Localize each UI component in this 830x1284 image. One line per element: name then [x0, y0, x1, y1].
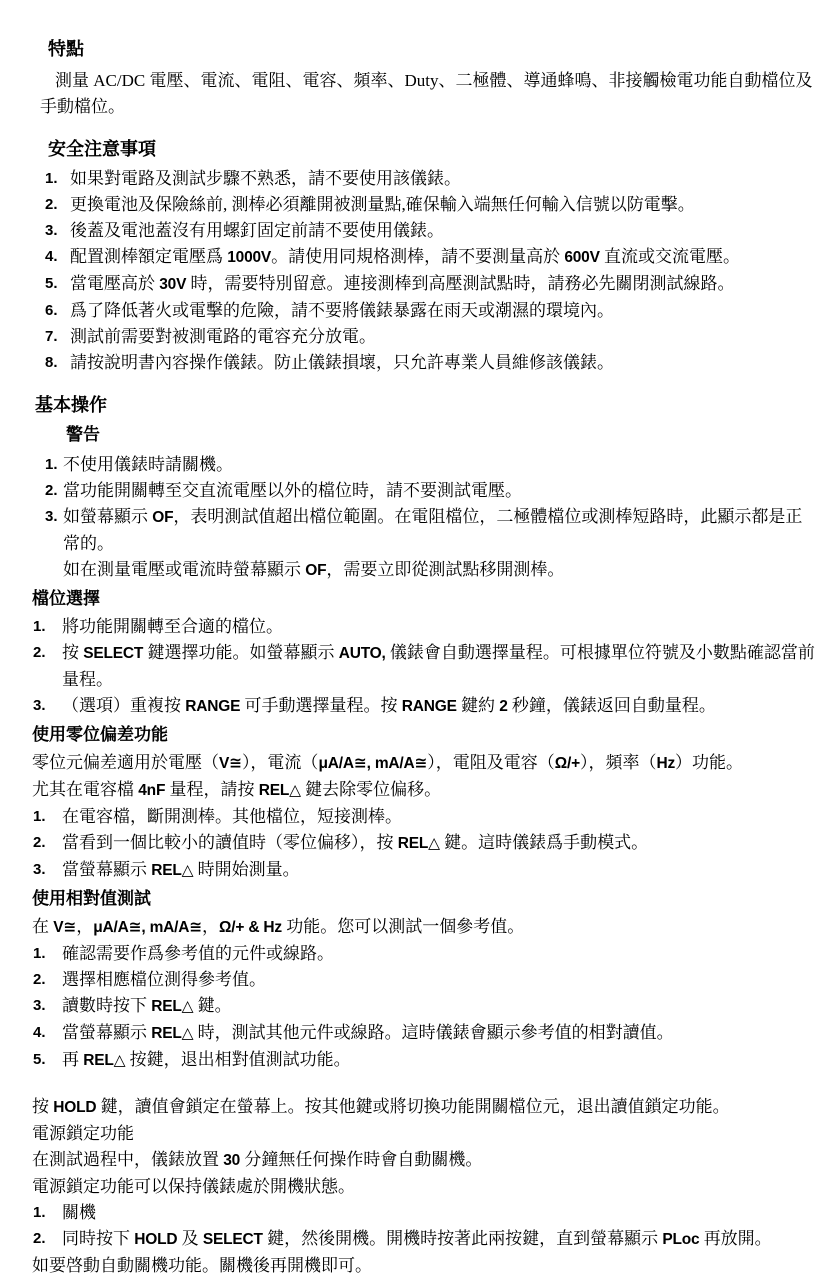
text-run: 在測試過程中，儀錶放置 [32, 1150, 223, 1169]
text-run: 電源鎖定功能 [32, 1124, 134, 1143]
text-run: 鍵選擇功能。如螢幕顯示 [143, 643, 339, 662]
text-run: 在 [32, 917, 53, 936]
text-run: 時，需要特別留意。連接測棒到高壓測試點時，請務必先關閉測試線路。 [186, 274, 734, 293]
list-item: 2.選擇相應檔位測得參考值。 [0, 967, 830, 993]
text-run: 當螢幕顯示 [62, 860, 151, 879]
text-run: ， [202, 917, 219, 936]
text-run: 分鐘無任何操作時會自動關機。 [240, 1150, 482, 1169]
numbered-list-relative: 1.確認需要作爲參考值的元件或線路。2.選擇相應檔位測得參考值。3.讀數時按下 … [0, 941, 830, 1074]
list-item-text: 配置測棒額定電壓爲 1000V。請使用同規格測棒，請不要測量高於 600V 直流… [70, 244, 830, 271]
paragraph: 測量 AC/DC 電壓、電流、電阻、電容、頻率、Duty、二極體、導通蜂鳴、非接… [40, 68, 814, 120]
document-page: 特點測量 AC/DC 電壓、電流、電阻、電容、頻率、Duty、二極體、導通蜂鳴、… [0, 0, 830, 1284]
keyword-text: REL△ [151, 998, 193, 1015]
text-run: 使用相對值測試 [32, 889, 151, 908]
blank-line [0, 1074, 830, 1094]
list-number: 1. [45, 166, 70, 192]
text-run: 鍵，讀值會鎖定在螢幕上。按其他鍵或將切換功能開關檔位元，退出讀值鎖定功能。 [96, 1097, 729, 1116]
keyword-text: Ω/+ [555, 755, 580, 772]
list-item-text: 再 REL△ 按鍵，退出相對值測試功能。 [62, 1047, 830, 1074]
keyword-text: Ω/+ & Hz [219, 919, 282, 936]
keyword-text: SELECT [203, 1231, 263, 1248]
text-run: 如果對電路及測試步驟不熟悉，請不要使用該儀錶。 [70, 169, 461, 188]
text-run: ），頻率（ [580, 753, 657, 772]
text-run: （選項）重複按 [62, 696, 185, 715]
list-number: 3. [45, 504, 63, 530]
section-heading: 安全注意事項 [48, 136, 830, 162]
list-item: 2.當看到一個比較小的讀值時（零位偏移），按 REL△ 鍵。這時儀錶爲手動模式。 [0, 830, 830, 857]
list-item: 1.關機 [0, 1200, 830, 1226]
list-item: 2.按 SELECT 鍵選擇功能。如螢幕顯示 AUTO, 儀錶會自動選擇量程。可… [0, 640, 830, 693]
keyword-text: V≅ [219, 755, 242, 772]
list-item: 1.不使用儀錶時請關機。 [0, 452, 830, 478]
list-item-text: 同時按下 HOLD 及 SELECT 鍵，然後開機。開機時按著此兩按鍵，直到螢幕… [62, 1226, 830, 1253]
list-number: 1. [33, 804, 62, 830]
section-heading: 檔位選擇 [32, 586, 830, 612]
keyword-text: RANGE [402, 698, 457, 715]
text-run: 測試前需要對被測電路的電容充分放電。 [70, 327, 376, 346]
text-run: 直流或交流電壓。 [600, 247, 740, 266]
text-run: 鍵，然後開機。開機時按著此兩按鍵，直到螢幕顯示 [263, 1229, 663, 1248]
text-run: ， [76, 917, 93, 936]
keyword-text: SELECT [83, 645, 143, 662]
list-item-text: 請按說明書內容操作儀錶。防止儀錶損壞，只允許專業人員維修該儀錶。 [70, 350, 830, 376]
list-item: 4.配置測棒額定電壓爲 1000V。請使用同規格測棒，請不要測量高於 600V … [0, 244, 830, 271]
section-heading: 特點 [48, 36, 830, 62]
list-item: 2.同時按下 HOLD 及 SELECT 鍵，然後開機。開機時按著此兩按鍵，直到… [0, 1226, 830, 1253]
text-run: 再放開。 [699, 1229, 771, 1248]
text-run: ，需要立即從測試點移開測棒。 [326, 560, 564, 579]
keyword-text: μA/A≅, mA/A≅ [93, 919, 202, 936]
list-number: 2. [45, 478, 63, 504]
text-run: 可手動選擇量程。按 [240, 696, 402, 715]
list-item: 1.確認需要作爲參考值的元件或線路。 [0, 941, 830, 967]
text-run: 尤其在電容檔 [32, 780, 138, 799]
list-number: 2. [45, 192, 70, 218]
numbered-list-power: 1.關機2.同時按下 HOLD 及 SELECT 鍵，然後開機。開機時按著此兩按… [0, 1200, 830, 1253]
text-run: 檔位選擇 [32, 589, 100, 608]
list-item-text: 更換電池及保險絲前, 測棒必須離開被測量點,確保輸入端無任何輸入信號以防電擊。 [70, 192, 830, 218]
list-item-text: 關機 [62, 1200, 830, 1226]
text-run: ），電流（ [242, 753, 319, 772]
text-run: 測量 AC/DC 電壓、電流、電阻、電容、頻率、Duty、二極體、導通蜂鳴、非接… [40, 71, 812, 116]
paragraph: 在測試過程中，儀錶放置 30 分鐘無任何操作時會自動關機。 [32, 1147, 816, 1174]
list-number: 1. [33, 1200, 62, 1226]
list-item: 6.爲了降低著火或電擊的危險，請不要將儀錶暴露在雨天或潮濕的環境內。 [0, 298, 830, 324]
list-item-text: 當功能開關轉至交直流電壓以外的檔位時，請不要測試電壓。 [63, 478, 830, 504]
list-item-text: 讀數時按下 REL△ 鍵。 [62, 993, 830, 1020]
text-run: 讀數時按下 [62, 996, 151, 1015]
text-run: 當電壓高於 [70, 274, 159, 293]
text-run: ，表明測試值超出檔位範圍。在電阻檔位，二極體檔位或測棒短路時，此顯示都是正常的。 [63, 507, 802, 553]
list-item: 7.測試前需要對被測電路的電容充分放電。 [0, 324, 830, 350]
text-run: 量程，請按 [165, 780, 259, 799]
list-item-text: 不使用儀錶時請關機。 [63, 452, 830, 478]
list-item-text: 選擇相應檔位測得參考值。 [62, 967, 830, 993]
text-run: 按 [62, 643, 83, 662]
keyword-text: OF [152, 509, 173, 526]
keyword-text: μA/A≅, mA/A≅ [318, 755, 427, 772]
list-number: 3. [33, 857, 62, 883]
list-item: 5.再 REL△ 按鍵，退出相對值測試功能。 [0, 1047, 830, 1074]
text-run: 在電容檔，斷開測棒。其他檔位，短接測棒。 [62, 807, 402, 826]
text-run: 再 [62, 1050, 83, 1069]
list-item-text: 確認需要作爲參考值的元件或線路。 [62, 941, 830, 967]
text-run: 選擇相應檔位測得參考值。 [62, 970, 266, 989]
list-item-text: 當看到一個比較小的讀值時（零位偏移），按 REL△ 鍵。這時儀錶爲手動模式。 [62, 830, 830, 857]
list-item: 3.後蓋及電池蓋沒有用螺釘固定前請不要使用儀錶。 [0, 218, 830, 244]
paragraph: 電源鎖定功能可以保持儀錶處於開機狀態。 [32, 1174, 816, 1200]
keyword-text: Hz [656, 755, 675, 772]
numbered-list-range: 1.將功能開關轉至合適的檔位。2.按 SELECT 鍵選擇功能。如螢幕顯示 AU… [0, 614, 830, 720]
text-run: 警告 [66, 425, 100, 444]
list-number: 2. [33, 967, 62, 993]
section-heading: 警告 [66, 422, 830, 448]
list-number: 1. [33, 941, 62, 967]
list-number: 3. [45, 218, 70, 244]
text-run: 按 [32, 1097, 53, 1116]
list-item: 4.當螢幕顯示 REL△ 時，測試其他元件或線路。這時儀錶會顯示參考值的相對讀值… [0, 1020, 830, 1047]
list-item-text: 當螢幕顯示 REL△ 時開始測量。 [62, 857, 830, 884]
keyword-text: REL△ [259, 782, 301, 799]
keyword-text: 1000V [227, 249, 271, 266]
keyword-text: 30V [159, 276, 186, 293]
list-number: 4. [45, 244, 70, 270]
text-run: 基本操作 [35, 395, 107, 415]
keyword-text: REL△ [83, 1052, 125, 1069]
list-number: 5. [33, 1047, 62, 1073]
keyword-text: 4nF [138, 782, 165, 799]
list-item: 1.如果對電路及測試步驟不熟悉，請不要使用該儀錶。 [0, 166, 830, 192]
list-number: 2. [33, 640, 62, 666]
keyword-text: OF [305, 562, 326, 579]
text-run: 時開始測量。 [193, 860, 299, 879]
text-run: 不使用儀錶時請關機。 [63, 455, 233, 474]
list-number: 5. [45, 271, 70, 297]
paragraph: 按 HOLD 鍵，讀值會鎖定在螢幕上。按其他鍵或將切換功能開關檔位元，退出讀值鎖… [32, 1094, 816, 1121]
list-item: 5.當電壓高於 30V 時，需要特別留意。連接測棒到高壓測試點時，請務必先關閉測… [0, 271, 830, 298]
keyword-text: REL△ [398, 835, 440, 852]
text-run: 當看到一個比較小的讀值時（零位偏移），按 [62, 833, 398, 852]
text-run: 鍵。 [193, 996, 231, 1015]
section-heading: 基本操作 [35, 392, 830, 418]
keyword-text: V≅ [53, 919, 76, 936]
keyword-text: 600V [564, 249, 599, 266]
keyword-text: 2 [499, 698, 507, 715]
list-item-text: 當螢幕顯示 REL△ 時，測試其他元件或線路。這時儀錶會顯示參考值的相對讀值。 [62, 1020, 830, 1047]
list-number: 8. [45, 350, 70, 376]
paragraph: 電源鎖定功能 [32, 1121, 816, 1147]
text-run: 如螢幕顯示 [63, 507, 152, 526]
list-item-text: 後蓋及電池蓋沒有用螺釘固定前請不要使用儀錶。 [70, 218, 830, 244]
list-number: 4. [33, 1020, 62, 1046]
text-run: 爲了降低著火或電擊的危險，請不要將儀錶暴露在雨天或潮濕的環境內。 [70, 301, 614, 320]
text-run: 當螢幕顯示 [62, 1023, 151, 1042]
keyword-text: 30 [223, 1152, 240, 1169]
text-run: 鍵。這時儀錶爲手動模式。 [440, 833, 648, 852]
list-item: 1.在電容檔，斷開測棒。其他檔位，短接測棒。 [0, 804, 830, 830]
list-item-text: 如螢幕顯示 OF，表明測試值超出檔位範圍。在電阻檔位，二極體檔位或測棒短路時，此… [63, 504, 830, 584]
text-run: 零位元偏差適用於電壓（ [32, 753, 219, 772]
document-body: 特點測量 AC/DC 電壓、電流、電阻、電容、頻率、Duty、二極體、導通蜂鳴、… [0, 36, 830, 1279]
list-item: 3.讀數時按下 REL△ 鍵。 [0, 993, 830, 1020]
text-run: 確認需要作爲參考值的元件或線路。 [62, 944, 334, 963]
paragraph: 零位元偏差適用於電壓（V≅），電流（μA/A≅, mA/A≅），電阻及電容（Ω/… [32, 750, 816, 777]
list-number: 2. [33, 1226, 62, 1252]
list-item: 3.當螢幕顯示 REL△ 時開始測量。 [0, 857, 830, 884]
text-run: 時，測試其他元件或線路。這時儀錶會顯示參考值的相對讀值。 [193, 1023, 673, 1042]
keyword-text: REL△ [151, 1025, 193, 1042]
keyword-text: HOLD [134, 1231, 177, 1248]
list-item: 2.更換電池及保險絲前, 測棒必須離開被測量點,確保輸入端無任何輸入信號以防電擊… [0, 192, 830, 218]
keyword-text: REL△ [151, 862, 193, 879]
text-run: 配置測棒額定電壓爲 [70, 247, 227, 266]
list-number: 1. [33, 614, 62, 640]
keyword-text: PLoc [662, 1231, 699, 1248]
text-run: ），電阻及電容（ [427, 753, 555, 772]
text-run: 功能。您可以測試一個參考值。 [282, 917, 524, 936]
list-number: 6. [45, 298, 70, 324]
list-item-text: 將功能開關轉至合適的檔位。 [62, 614, 830, 640]
paragraph: 如要啓動自動關機功能。關機後再開機即可。 [32, 1253, 816, 1279]
list-number: 3. [33, 993, 62, 1019]
keyword-text: HOLD [53, 1099, 96, 1116]
list-item: 1.將功能開關轉至合適的檔位。 [0, 614, 830, 640]
text-run: 關機 [62, 1203, 96, 1222]
list-item-text: 按 SELECT 鍵選擇功能。如螢幕顯示 AUTO, 儀錶會自動選擇量程。可根據… [62, 640, 830, 693]
text-run: 請按說明書內容操作儀錶。防止儀錶損壞，只允許專業人員維修該儀錶。 [70, 353, 614, 372]
section-heading: 使用相對值測試 [32, 886, 830, 912]
list-item-text: 測試前需要對被測電路的電容充分放電。 [70, 324, 830, 350]
text-run: 特點 [48, 39, 84, 59]
text-run: 秒鐘，儀錶返回自動量程。 [508, 696, 716, 715]
paragraph: 尤其在電容檔 4nF 量程，請按 REL△ 鍵去除零位偏移。 [32, 777, 816, 804]
text-run: 鍵去除零位偏移。 [301, 780, 441, 799]
list-item: 8.請按說明書內容操作儀錶。防止儀錶損壞，只允許專業人員維修該儀錶。 [0, 350, 830, 376]
numbered-list-safety: 1.如果對電路及測試步驟不熟悉，請不要使用該儀錶。2.更換電池及保險絲前, 測棒… [0, 166, 830, 376]
list-number: 3. [33, 693, 62, 719]
numbered-list-zero: 1.在電容檔，斷開測棒。其他檔位，短接測棒。2.當看到一個比較小的讀值時（零位偏… [0, 804, 830, 884]
list-item: 3.（選項）重複按 RANGE 可手動選擇量程。按 RANGE 鍵約 2 秒鐘，… [0, 693, 830, 720]
list-item: 2.當功能開關轉至交直流電壓以外的檔位時，請不要測試電壓。 [0, 478, 830, 504]
keyword-text: RANGE [185, 698, 240, 715]
text-run: ）功能。 [675, 753, 743, 772]
text-run: 電源鎖定功能可以保持儀錶處於開機狀態。 [32, 1177, 355, 1196]
text-run: 如要啓動自動關機功能。關機後再開機即可。 [32, 1256, 372, 1275]
list-number: 1. [45, 452, 63, 478]
list-item-text: 當電壓高於 30V 時，需要特別留意。連接測棒到高壓測試點時，請務必先關閉測試線… [70, 271, 830, 298]
text-run: 按鍵，退出相對值測試功能。 [125, 1050, 350, 1069]
text-run: 安全注意事項 [48, 139, 156, 159]
text-run: 後蓋及電池蓋沒有用螺釘固定前請不要使用儀錶。 [70, 221, 444, 240]
section-heading: 使用零位偏差功能 [32, 722, 830, 748]
text-run: 如在測量電壓或電流時螢幕顯示 [63, 560, 305, 579]
text-run: 。請使用同規格測棒，請不要測量高於 [271, 247, 564, 266]
list-item-continuation: 如在測量電壓或電流時螢幕顯示 OF，需要立即從測試點移開測棒。 [63, 557, 818, 584]
list-item-text: 爲了降低著火或電擊的危險，請不要將儀錶暴露在雨天或潮濕的環境內。 [70, 298, 830, 324]
list-item-text: （選項）重複按 RANGE 可手動選擇量程。按 RANGE 鍵約 2 秒鐘，儀錶… [62, 693, 830, 720]
list-number: 7. [45, 324, 70, 350]
list-item-text: 在電容檔，斷開測棒。其他檔位，短接測棒。 [62, 804, 830, 830]
text-run: 將功能開關轉至合適的檔位。 [62, 617, 283, 636]
text-run: 同時按下 [62, 1229, 134, 1248]
text-run: 鍵約 [457, 696, 500, 715]
paragraph: 在 V≅，μA/A≅, mA/A≅，Ω/+ & Hz 功能。您可以測試一個參考值… [32, 914, 816, 941]
text-run: 更換電池及保險絲前, 測棒必須離開被測量點,確保輸入端無任何輸入信號以防電擊。 [70, 195, 695, 214]
numbered-list-warning: 1.不使用儀錶時請關機。2.當功能開關轉至交直流電壓以外的檔位時，請不要測試電壓… [0, 452, 830, 584]
list-number: 2. [33, 830, 62, 856]
list-item: 3.如螢幕顯示 OF，表明測試值超出檔位範圍。在電阻檔位，二極體檔位或測棒短路時… [0, 504, 830, 584]
text-run: 當功能開關轉至交直流電壓以外的檔位時，請不要測試電壓。 [63, 481, 522, 500]
text-run: 使用零位偏差功能 [32, 725, 168, 744]
text-run: 及 [177, 1229, 203, 1248]
list-item-text: 如果對電路及測試步驟不熟悉，請不要使用該儀錶。 [70, 166, 830, 192]
keyword-text: AUTO, [339, 645, 386, 662]
